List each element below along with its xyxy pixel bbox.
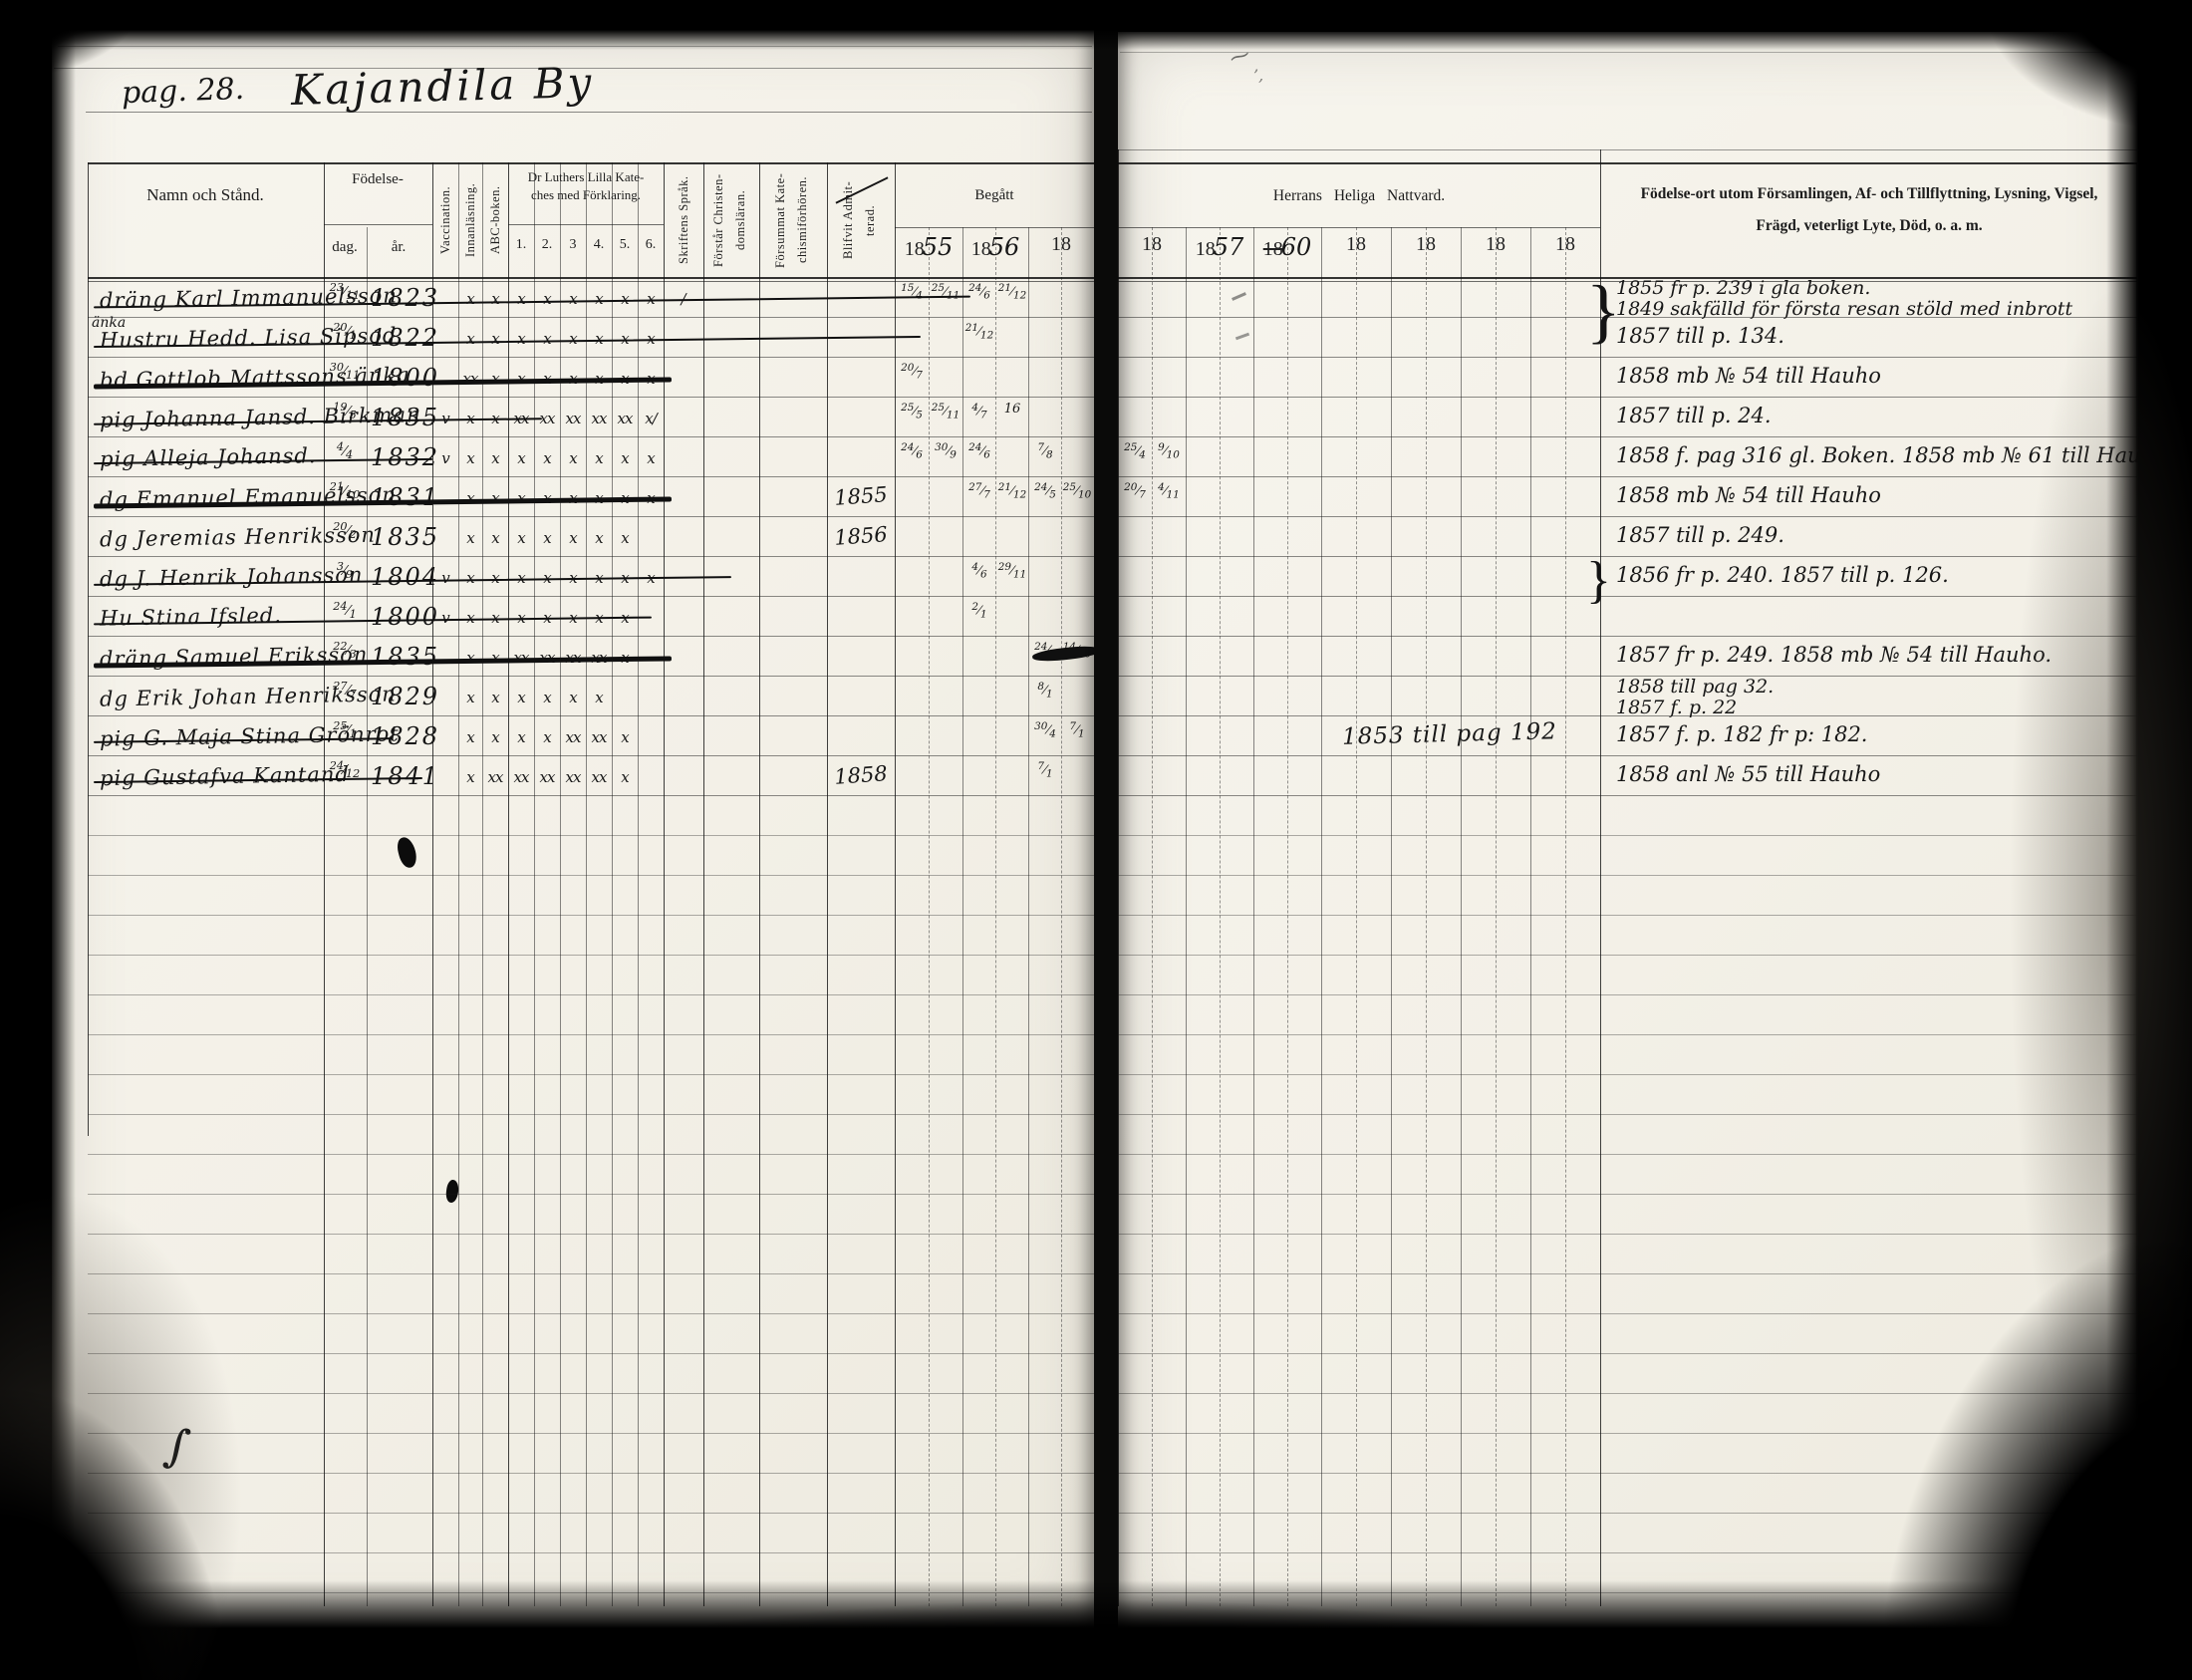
row-line [88, 556, 1094, 557]
row-birth-year: 1829 [371, 683, 439, 710]
row-birth-day: 4⁄4 [337, 440, 353, 461]
row-line [1118, 994, 2137, 995]
row-line [1118, 875, 2137, 876]
row-line [88, 875, 1094, 876]
grid-vertical-line [703, 162, 704, 1606]
grid-vertical-line [1461, 227, 1462, 1606]
row-line [88, 1154, 1094, 1155]
ruled-line [1118, 149, 2137, 150]
grid-horizontal-line [324, 224, 432, 225]
grid-horizontal-line [88, 277, 1094, 279]
row-birth-year: 1841 [371, 762, 439, 790]
row-line [88, 317, 1094, 318]
grid-vertical-line [1321, 227, 1322, 1606]
row-mark: x [595, 290, 602, 308]
grid-vertical-line [995, 227, 996, 1606]
row-communion-date: 25⁄11 [932, 402, 959, 420]
row-mark: x [491, 290, 498, 308]
row-line [1118, 1552, 2137, 1553]
row-birth-day: 3⁄9 [337, 560, 353, 581]
row-mark: xx [592, 410, 607, 427]
row-line [1118, 1473, 2137, 1474]
row-mark: v [441, 449, 448, 467]
row-mark: x [517, 449, 524, 467]
row-communion-date: 24⁄6 [968, 282, 990, 301]
row-communion-date: 24⁄5 [1034, 481, 1056, 500]
row-mark: x [466, 449, 473, 467]
row-mark: x [517, 689, 524, 706]
row-communion-date: 24⁄6 [901, 441, 923, 460]
row-mark: xx [592, 768, 607, 786]
row-line [88, 1433, 1094, 1434]
row-communion-date: 7⁄1 [1069, 720, 1084, 739]
row-line [88, 397, 1094, 398]
row-line [88, 516, 1094, 517]
row-mark: x [543, 290, 550, 308]
row-communion-date: 21⁄12 [965, 322, 993, 341]
row-birth-year: 1822 [371, 324, 439, 352]
grid-vertical-line [1565, 227, 1566, 1606]
catechism-part-5: 5. [620, 237, 631, 253]
grid-vertical-line [1061, 227, 1062, 1606]
grid-vertical-line [1530, 227, 1531, 1606]
row-mark: x [621, 529, 628, 547]
row-name: pig Alleja Johansd. [100, 443, 317, 471]
row-line [88, 636, 1094, 637]
column-header-understands-line1: Förstår Christen- [711, 167, 726, 273]
row-mark: x [569, 689, 576, 706]
catechism-part-6: 6. [646, 237, 657, 253]
row-line [1118, 955, 2137, 956]
row-mark: x [569, 529, 576, 547]
row-mark: xx [540, 768, 555, 786]
catechism-part-4: 4. [594, 237, 605, 253]
row-mark: x [517, 529, 524, 547]
row-communion-date: 25⁄11 [932, 282, 959, 301]
row-mark: v [441, 609, 448, 627]
row-mark: xx [566, 410, 581, 427]
row-line [1118, 556, 2137, 557]
column-header-vaccination: Vaccination. [438, 167, 453, 273]
row-line [1118, 755, 2137, 756]
remark-brace: } [1586, 558, 1611, 605]
row-communion-date: 7⁄1 [1037, 760, 1052, 779]
row-mark: x [569, 449, 576, 467]
row-mark: v [441, 569, 448, 587]
row-remark: 1858 anl № 55 till Hauho [1616, 762, 1880, 786]
row-birth-year: 1800 [371, 603, 439, 631]
row-line [88, 357, 1094, 358]
row-line [88, 994, 1094, 995]
grid-vertical-line [929, 227, 930, 1606]
column-header-missed-line1: Försummat Kate- [773, 167, 788, 273]
row-communion-date: 7⁄8 [1037, 441, 1052, 460]
grid-vertical-line [1220, 227, 1221, 1606]
row-line [88, 1074, 1094, 1075]
row-line [1118, 596, 2137, 597]
ruled-line [58, 46, 1092, 47]
row-mark: x [517, 290, 524, 308]
row-line [1118, 1393, 2137, 1394]
row-line [88, 1592, 1094, 1593]
grid-vertical-line [895, 162, 896, 1606]
row-remark-line2: 1857 f. p. 22 [1616, 697, 1737, 718]
row-communion-date: 25⁄10 [1063, 481, 1091, 500]
ruled-line [54, 68, 1092, 69]
column-header-abc-book: ABC-boken. [488, 167, 503, 273]
row-mark: x [543, 330, 550, 348]
grid-vertical-line [1426, 227, 1427, 1606]
row-admitted-year: 1855 [834, 482, 889, 510]
row-mark: x [466, 569, 473, 587]
row-line [88, 915, 1094, 916]
grid-vertical-line [367, 227, 368, 1606]
row-line [1118, 397, 2137, 398]
row-line [88, 955, 1094, 956]
row-remark: 1857 fr p. 249. 1858 mb № 54 till Hauho. [1616, 643, 2052, 667]
row-remark: 1858 f. pag 316 gl. Boken. 1858 mb № 61 … [1616, 443, 2167, 467]
row-line [1118, 436, 2137, 437]
grid-horizontal-line [1118, 162, 2137, 164]
row-communion-date: 8⁄1 [1037, 681, 1052, 700]
grid-horizontal-line [895, 227, 1094, 228]
row-communion-date: 4⁄11 [1158, 481, 1180, 500]
communion-year-left-1: 1856 [971, 233, 1020, 261]
row-mark: x [543, 728, 550, 746]
row-mark: x [466, 689, 473, 706]
row-mark: x [621, 449, 628, 467]
row-line [88, 1034, 1094, 1035]
grid-horizontal-line [508, 224, 664, 225]
grid-vertical-line [962, 227, 963, 1606]
column-header-birth: Födelse- [352, 171, 404, 188]
row-communion-date: 9⁄10 [1158, 441, 1180, 460]
row-birth-day: 27⁄7 [333, 680, 356, 700]
grid-vertical-line [1118, 149, 1119, 1606]
row-mark: x [569, 290, 576, 308]
page-number-label: pag. 28. [121, 72, 244, 111]
row-name: pig Gustafva Kantand [100, 762, 350, 790]
row-birth-day: 24⁄1 [333, 600, 356, 621]
row-mark: x [517, 330, 524, 348]
row-mark: x [595, 529, 602, 547]
row-mark: x [569, 330, 576, 348]
communion-year-right-3: 18 [1346, 233, 1366, 256]
grid-vertical-line [827, 162, 828, 1606]
grid-vertical-line [1600, 149, 1601, 1606]
column-header-reading: Innanläsning. [463, 167, 478, 273]
column-header-communion-left: Begått [974, 187, 1013, 204]
row-communion-date: 20⁄7 [901, 362, 923, 381]
row-line [88, 795, 1094, 796]
row-line [88, 835, 1094, 836]
grid-vertical-line [1253, 227, 1254, 1606]
row-name: Hu Stina Ifsled. [100, 603, 282, 630]
stray-pen-mark: ’, [1253, 66, 1263, 85]
row-birth-year: 1823 [371, 284, 439, 312]
row-line [88, 1353, 1094, 1354]
row-birth-year: 1835 [371, 404, 439, 431]
row-birth-day: 22⁄3 [333, 640, 356, 661]
column-header-admitted-line1: Blifvit Admit- [841, 167, 856, 273]
village-title: Kajandila By [290, 58, 594, 115]
grid-vertical-line [1028, 227, 1029, 1606]
row-communion-date: 16 [1004, 402, 1021, 417]
row-line [1118, 636, 2137, 637]
row-communion-date: 21⁄12 [998, 282, 1026, 301]
grid-vertical-line [88, 162, 89, 1136]
row-birth-day: 30⁄11 [330, 361, 361, 382]
ruled-line [86, 112, 1092, 113]
row-line [1118, 1313, 2137, 1314]
row-mark: x [466, 529, 473, 547]
row-mark: x [491, 449, 498, 467]
book-gutter [1094, 26, 1118, 1654]
row-line [88, 676, 1094, 677]
row-birth-year: 1800 [371, 364, 439, 392]
row-remark: 1855 fr p. 239 i gla boken. [1616, 277, 1870, 299]
row-mark: xx [592, 728, 607, 746]
catechism-part-2: 2. [542, 237, 553, 253]
row-line [1118, 795, 2137, 796]
column-header-birth-day: dag. [332, 239, 357, 256]
row-communion-date: 30⁄4 [1034, 720, 1056, 739]
grid-vertical-line [1287, 227, 1288, 1606]
grid-vertical-line [1496, 227, 1497, 1606]
right-page [1118, 32, 2140, 1636]
row-line [88, 1234, 1094, 1235]
column-header-name: Namn och Stånd. [146, 185, 264, 205]
row-mark: x [466, 290, 473, 308]
row-line [1118, 1034, 2137, 1035]
row-line [1118, 1074, 2137, 1075]
row-birth-day: 20⁄1 [333, 321, 356, 342]
row-communion-date: 24⁄6 [968, 441, 990, 460]
row-communion-date: 25⁄5 [901, 402, 923, 420]
row-remark: 1857 till p. 134. [1616, 324, 1784, 348]
communion-year-left-2: 18 [1051, 233, 1071, 256]
row-mark: x [543, 449, 550, 467]
communion-year-right-4: 18 [1416, 233, 1436, 256]
row-communion-date: 30⁄9 [935, 441, 957, 460]
row-mark: xx [514, 768, 529, 786]
row-mark: x [491, 529, 498, 547]
row-line [88, 1552, 1094, 1553]
row-admitted-year: 1856 [834, 522, 889, 550]
grid-vertical-line [1391, 227, 1392, 1606]
row-mark: x [543, 689, 550, 706]
row-line [88, 1393, 1094, 1394]
row-remark: 1857 f. p. 182 fr p: 182. [1616, 722, 1867, 746]
left-page [52, 26, 1094, 1636]
row-line [88, 596, 1094, 597]
row-line [1118, 915, 2137, 916]
row-mark: x [491, 728, 498, 746]
scanned-parish-register: pag. 28. Kajandila By Namn och Stånd. Fö… [0, 0, 2192, 1680]
row-mark: x [621, 728, 628, 746]
row-communion-date: 25⁄4 [1124, 441, 1146, 460]
row-mark: x [466, 330, 473, 348]
row-mark: x [466, 768, 473, 786]
row-communion-date: 4⁄7 [971, 402, 986, 420]
row-communion-date: 20⁄7 [1124, 481, 1146, 500]
row-name: dg J. Henrik Johansson [100, 563, 364, 592]
communion-year-right-6: 18 [1555, 233, 1575, 256]
row-line [88, 1114, 1094, 1115]
row-line [1118, 1513, 2137, 1514]
row-line [88, 1273, 1094, 1274]
grid-horizontal-line [88, 162, 1094, 164]
row-communion-date: 29⁄11 [998, 561, 1026, 580]
row-line [88, 715, 1094, 716]
row-birth-day: 20⁄2 [333, 520, 356, 541]
row-communion-date: 21⁄12 [998, 481, 1026, 500]
catechism-part-1: 1. [516, 237, 527, 253]
column-header-communion-right: Herrans Heliga Nattvard. [1273, 187, 1445, 205]
row-remark: 1856 fr p. 240. 1857 till p. 126. [1616, 563, 1949, 587]
row-mark: x [491, 689, 498, 706]
column-header-remarks-line2: Frägd, veterligt Lyte, Död, o. a. m. [1756, 217, 1982, 235]
communion-year-right-5: 18 [1486, 233, 1506, 256]
row-remark: 1857 till p. 249. [1616, 523, 1784, 547]
row-mark: x [647, 449, 654, 467]
row-mark: x [621, 768, 628, 786]
row-birth-year: 1831 [371, 483, 439, 511]
column-header-birth-year: år. [392, 239, 407, 256]
row-mark: x∕ [645, 410, 657, 427]
row-line [1118, 476, 2137, 477]
row-mark: x [517, 728, 524, 746]
communion-year-right-2: 1860 [1263, 233, 1312, 261]
row-line [1118, 1592, 2137, 1593]
row-communion-date: 4⁄6 [971, 561, 986, 580]
row-line [1118, 1194, 2137, 1195]
row-line [1118, 357, 2137, 358]
row-mark: x [595, 449, 602, 467]
row-communion-date: 2⁄1 [971, 601, 986, 620]
row-line [1118, 1433, 2137, 1434]
row-remark: 1858 mb № 54 till Hauho [1616, 483, 1881, 507]
grid-horizontal-line [1118, 227, 1600, 228]
row-mark: x [543, 529, 550, 547]
row-birth-year: 1804 [371, 563, 439, 591]
row-line [1118, 1154, 2137, 1155]
row-mark: xx [618, 410, 633, 427]
row-line [88, 476, 1094, 477]
column-header-missed-line2: chismiförhören. [795, 167, 810, 273]
grid-vertical-line [1152, 227, 1153, 1606]
row-line [88, 1473, 1094, 1474]
row-birth-year: 1835 [371, 523, 439, 551]
row-mark: x [595, 689, 602, 706]
column-header-remarks-line1: Födelse-ort utom Församlingen, Af- och T… [1641, 185, 2098, 203]
row-line [1118, 1114, 2137, 1115]
row-birth-year: 1835 [371, 643, 439, 671]
row-birth-day: 21⁄10 [330, 480, 361, 501]
ruled-line [1120, 52, 2136, 53]
row-line [1118, 1234, 2137, 1235]
row-line [88, 1513, 1094, 1514]
row-line [1118, 835, 2137, 836]
row-remark-line2: 1849 sakfälld för första resan stöld med… [1616, 298, 2072, 320]
row-remark: 1858 mb № 54 till Hauho [1616, 364, 1881, 388]
row-mark: x [466, 728, 473, 746]
row-line [88, 436, 1094, 437]
row-line [88, 1194, 1094, 1195]
column-header-understands-line2: domsläran. [733, 167, 748, 273]
row-birth-day: 24⁄12 [330, 759, 361, 780]
row-line [88, 755, 1094, 756]
row-line [1118, 1273, 2137, 1274]
communion-year-right-1: 1857 [1196, 233, 1244, 261]
communion-year-right-0: 18 [1142, 233, 1162, 256]
row-line [88, 1313, 1094, 1314]
row-mark: xx [488, 768, 503, 786]
row-birth-day: 23⁄11 [330, 281, 361, 302]
grid-vertical-line [759, 162, 760, 1606]
row-remark: 1857 till p. 24. [1616, 404, 1772, 427]
row-birth-day: 19⁄5 [333, 401, 356, 421]
row-line [1118, 516, 2137, 517]
communion-year-left-0: 1855 [905, 233, 954, 261]
row-admitted-year: 1858 [834, 761, 889, 789]
grid-vertical-line [1356, 227, 1357, 1606]
grid-vertical-line [1186, 227, 1187, 1606]
catechism-part-3: 3 [570, 237, 577, 253]
grid-vertical-line [2136, 162, 2137, 1606]
row-mark: xx [566, 728, 581, 746]
row-mark: x [491, 330, 498, 348]
column-header-script-language: Skriftens Språk. [677, 167, 691, 273]
row-communion-date: 27⁄7 [968, 481, 990, 500]
row-remark: 1858 till pag 32. [1616, 676, 1774, 698]
row-mark: xx [566, 768, 581, 786]
row-line [1118, 1353, 2137, 1354]
row-birth-year: 1828 [371, 722, 439, 750]
